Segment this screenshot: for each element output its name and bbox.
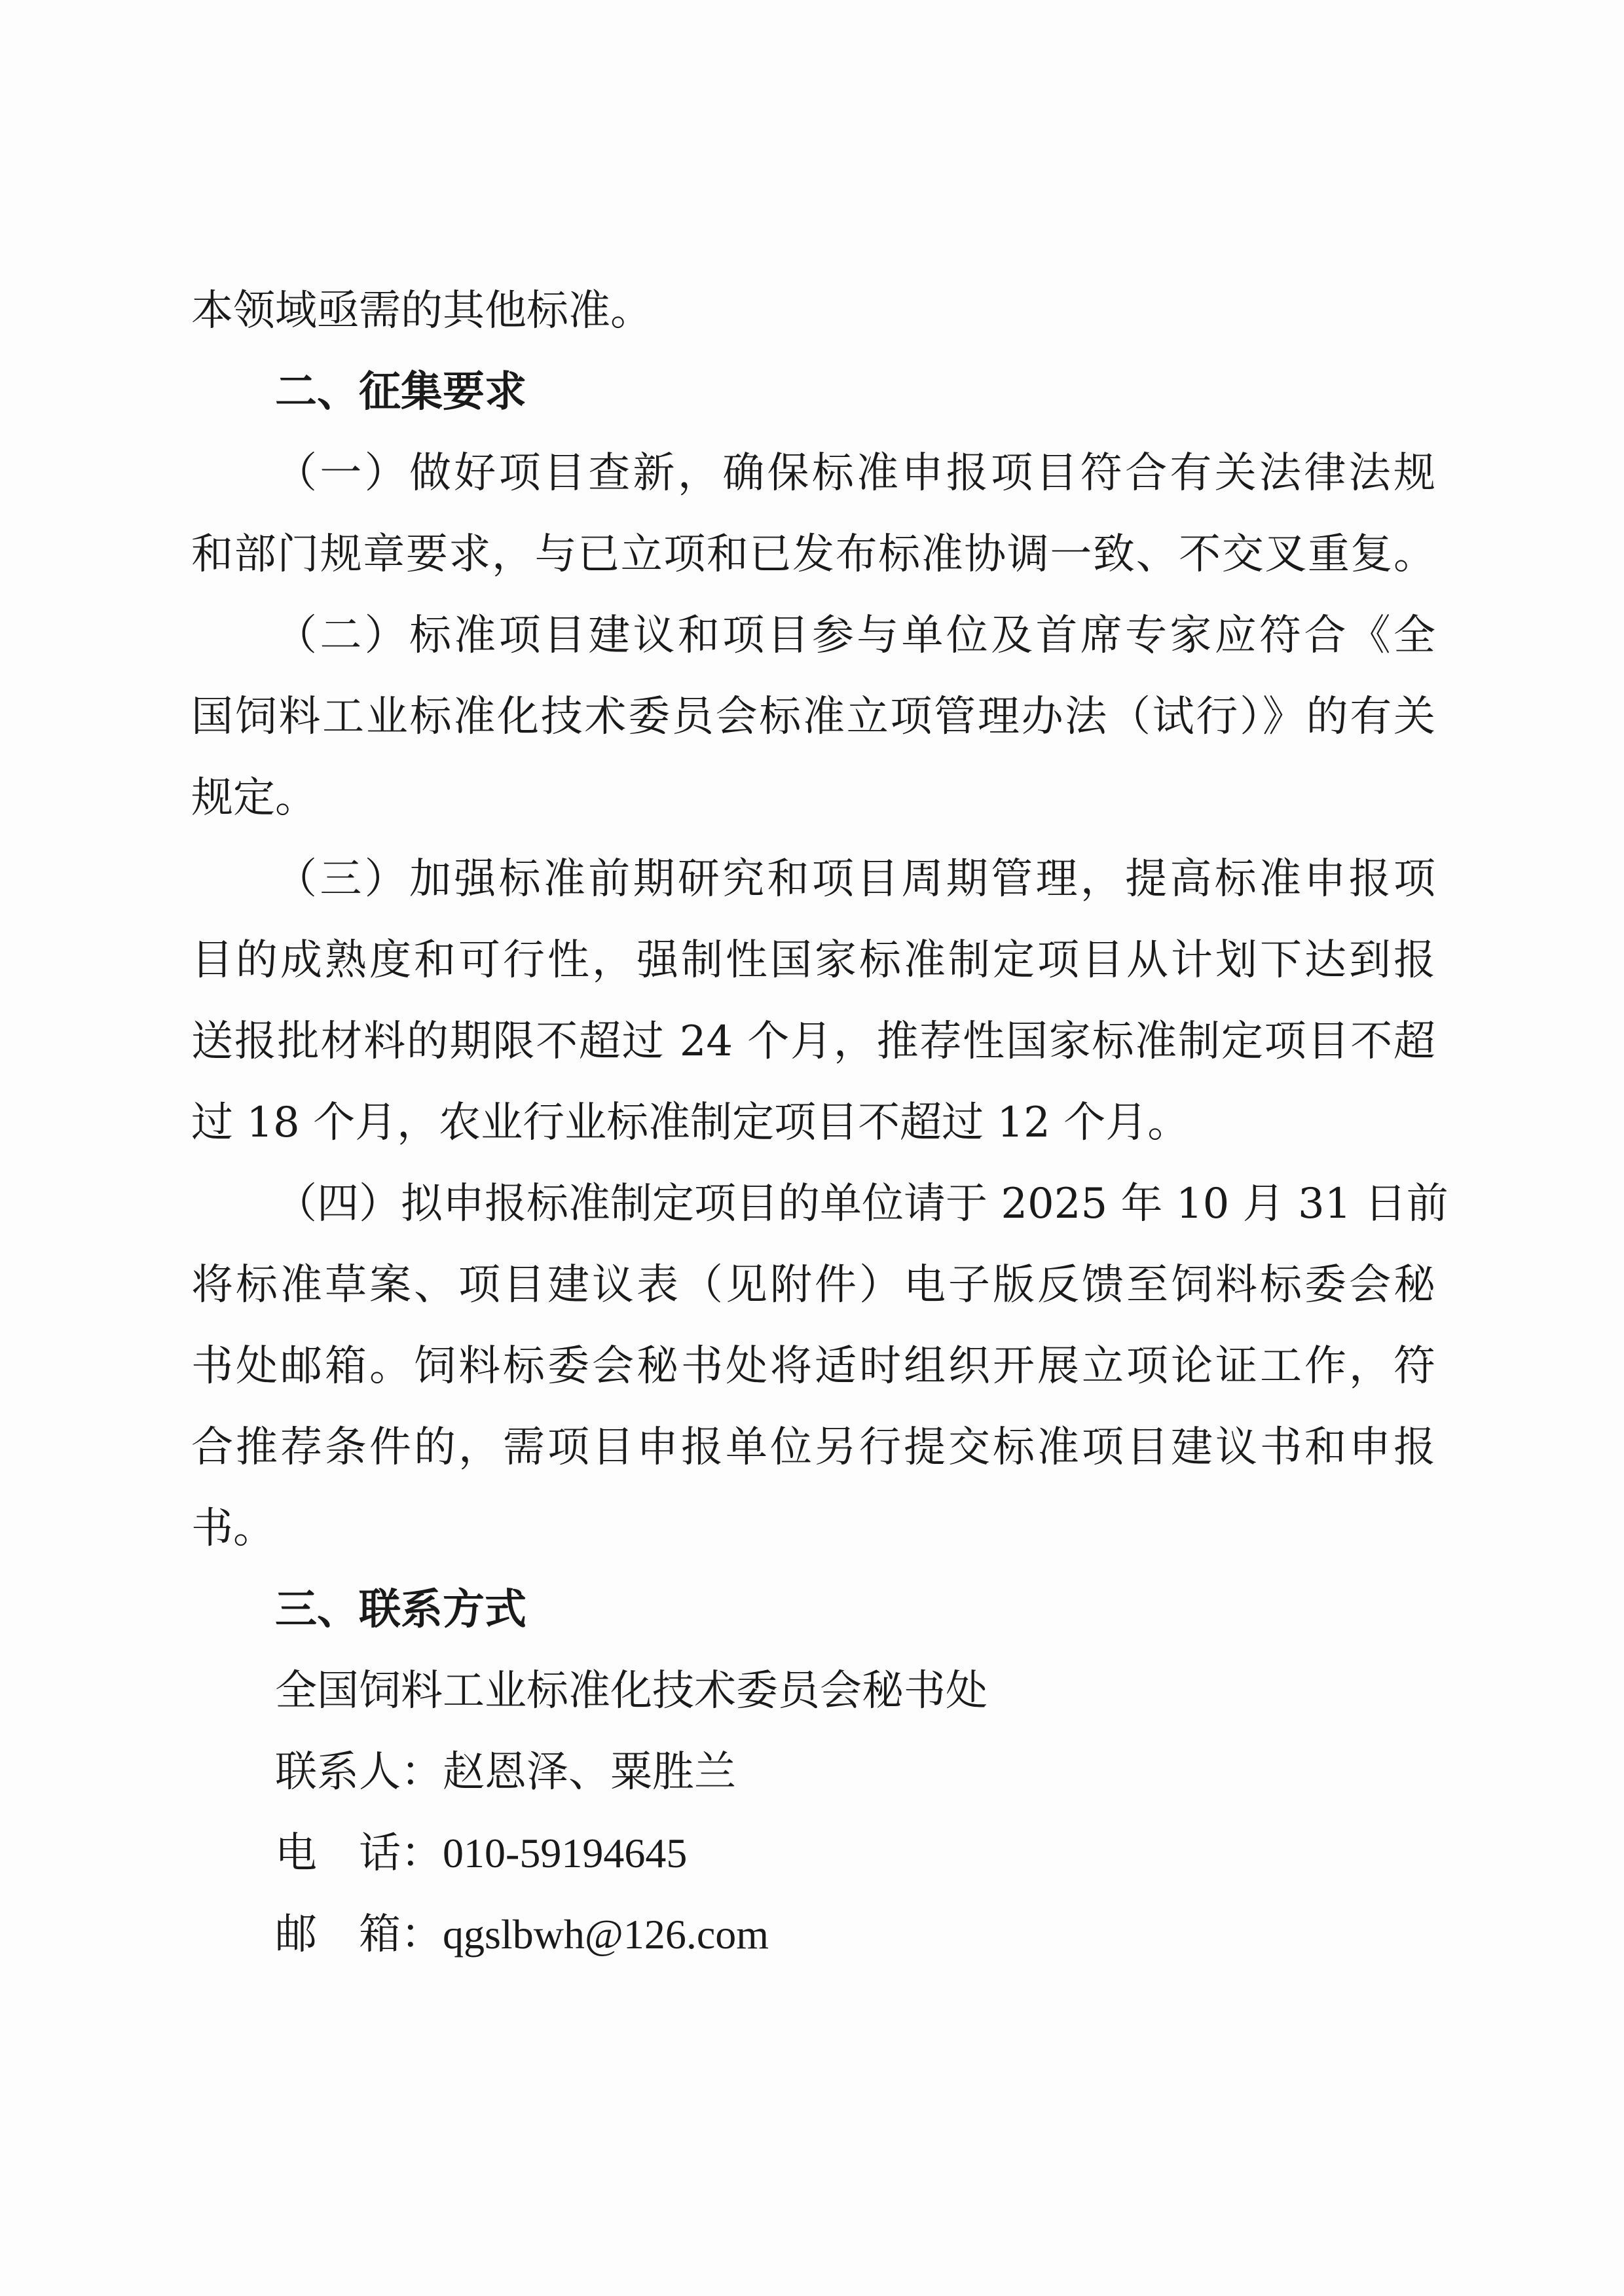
section-3-heading: 三、联系方式 <box>275 1574 1519 1646</box>
contacts-value: 赵恩泽、粟胜兰 <box>443 1748 736 1796</box>
document-page: 本领域亟需的其他标准。 二、征集要求 （一）做好项目查新，确保标准申报项目符合有… <box>0 0 1624 2296</box>
contacts-row: 联系人：赵恩泽、粟胜兰 <box>275 1736 1519 1808</box>
item-4-line-3: 书处邮箱。饲料标委会秘书处将适时组织开展立项论证工作，符 <box>191 1330 1435 1402</box>
section-2-heading: 二、征集要求 <box>275 356 1519 428</box>
email-row: 邮 箱：qgslbwh@126.com <box>275 1899 1519 1971</box>
item-2-line-2: 国饲料工业标准化技术委员会标准立项管理办法（试行）》的有关 <box>191 681 1435 753</box>
item-3-line-2: 目的成熟度和可行性，强制性国家标准制定项目从计划下达到报 <box>191 924 1435 996</box>
phone-row: 电 话：010-59194645 <box>275 1817 1519 1889</box>
phone-value: 010-59194645 <box>443 1830 687 1876</box>
item-4-line-4: 合推荐条件的，需项目申报单位另行提交标准项目建议书和申报 <box>191 1412 1435 1484</box>
item-1-line-2: 和部门规章要求，与已立项和已发布标准协调一致、不交叉重复。 <box>191 519 1435 591</box>
item-4-line-5: 书。 <box>191 1493 1435 1565</box>
item-3-line-1: （三）加强标准前期研究和项目周期管理，提高标准申报项 <box>275 843 1435 915</box>
item-4-line-1: （四）拟申报标准制定项目的单位请于 2025 年 10 月 31 日前 <box>275 1168 1435 1240</box>
contacts-label: 联系人： <box>275 1748 443 1796</box>
organization-name: 全国饲料工业标准化技术委员会秘书处 <box>275 1655 1519 1727</box>
item-3-line-3: 送报批材料的期限不超过 24 个月，推荐性国家标准制定项目不超 <box>191 1006 1435 1078</box>
intro-tail-text: 本领域亟需的其他标准。 <box>191 275 1435 347</box>
email-label: 邮 箱： <box>275 1910 443 1959</box>
item-3-line-4: 过 18 个月，农业行业标准制定项目不超过 12 个月。 <box>191 1087 1435 1159</box>
email-value: qgslbwh@126.com <box>443 1911 769 1958</box>
phone-label: 电 话： <box>275 1829 443 1878</box>
item-2-line-1: （二）标准项目建议和项目参与单位及首席专家应符合《全 <box>275 600 1435 672</box>
item-2-line-3: 规定。 <box>191 762 1435 834</box>
item-1-line-1: （一）做好项目查新，确保标准申报项目符合有关法律法规 <box>275 437 1435 509</box>
item-4-line-2: 将标准草案、项目建议表（见附件）电子版反馈至饲料标委会秘 <box>191 1249 1435 1321</box>
